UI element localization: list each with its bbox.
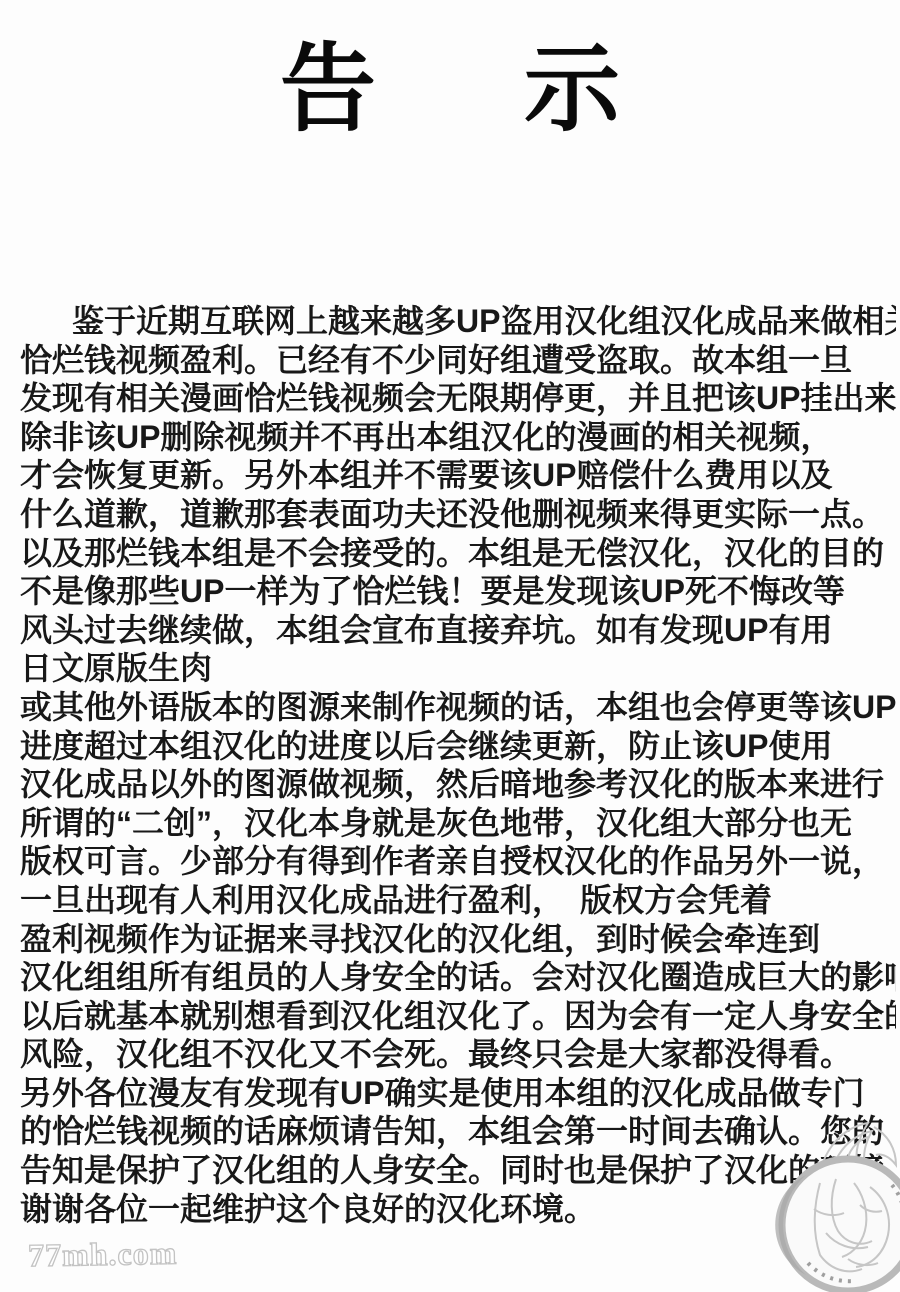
page-title-char-left: 告 (280, 42, 376, 138)
notice-line: 风头过去继续做，本组会宣布直接弃坑。如有发现UP有用 (20, 611, 896, 650)
notice-line: 一旦出现有人利用汉化成品进行盈利， 版权方会凭着 (20, 881, 896, 920)
notice-line: 盈利视频作为证据来寻找汉化的汉化组，到时候会牵连到 (20, 920, 896, 959)
page-title-char-right: 示 (524, 42, 620, 138)
page-title: 告 示 (0, 42, 900, 138)
notice-line: 汉化成品以外的图源做视频，然后暗地参考汉化的版本来进行 (20, 765, 896, 804)
notice-line: 日文原版生肉 (20, 649, 896, 688)
notice-line: 不是像那些UP一样为了恰烂钱！要是发现该UP死不悔改等 (20, 572, 896, 611)
notice-line: 除非该UP删除视频并不再出本组汉化的漫画的相关视频， (20, 418, 896, 457)
notice-body: 鉴于近期互联网上越来越多UP盗用汉化组汉化成品来做相关 恰烂钱视频盈利。已经有不… (20, 302, 896, 1228)
scanlation-group-stamp-icon (750, 1113, 900, 1292)
notice-line: 版权可言。少部分有得到作者亲自授权汉化的作品另外一说， (20, 842, 896, 881)
notice-line: 进度超过本组汉化的进度以后会继续更新，防止该UP使用 (20, 727, 896, 766)
notice-line: 发现有相关漫画恰烂钱视频会无限期停更，并且把该UP挂出来， (20, 379, 896, 418)
notice-line: 以后就基本就别想看到汉化组汉化了。因为会有一定人身安全的 (20, 997, 896, 1036)
notice-line: 所谓的“二创”，汉化本身就是灰色地带，汉化组大部分也无 (20, 804, 896, 843)
notice-line: 什么道歉，道歉那套表面功夫还没他删视频来得更实际一点。 (20, 495, 896, 534)
notice-line: 才会恢复更新。另外本组并不需要该UP赔偿什么费用以及 (20, 456, 896, 495)
notice-line: 另外各位漫友有发现有UP确实是使用本组的汉化成品做专门 (20, 1074, 896, 1113)
notice-line: 鉴于近期互联网上越来越多UP盗用汉化组汉化成品来做相关 (20, 302, 896, 341)
site-watermark: 77mh.com (28, 1235, 178, 1275)
notice-line: 汉化组组所有组员的人身安全的话。会对汉化圈造成巨大的影响， (20, 958, 896, 997)
notice-line: 恰烂钱视频盈利。已经有不少同好组遭受盗取。故本组一旦 (20, 341, 896, 380)
notice-line: 以及那烂钱本组是不会接受的。本组是无偿汉化，汉化的目的 (20, 534, 896, 573)
notice-line: 或其他外语版本的图源来制作视频的话，本组也会停更等该UP的 (20, 688, 896, 727)
notice-page: 告 示 鉴于近期互联网上越来越多UP盗用汉化组汉化成品来做相关 恰烂钱视频盈利。… (0, 0, 900, 1292)
notice-line: 风险，汉化组不汉化又不会死。最终只会是大家都没得看。 (20, 1035, 896, 1074)
